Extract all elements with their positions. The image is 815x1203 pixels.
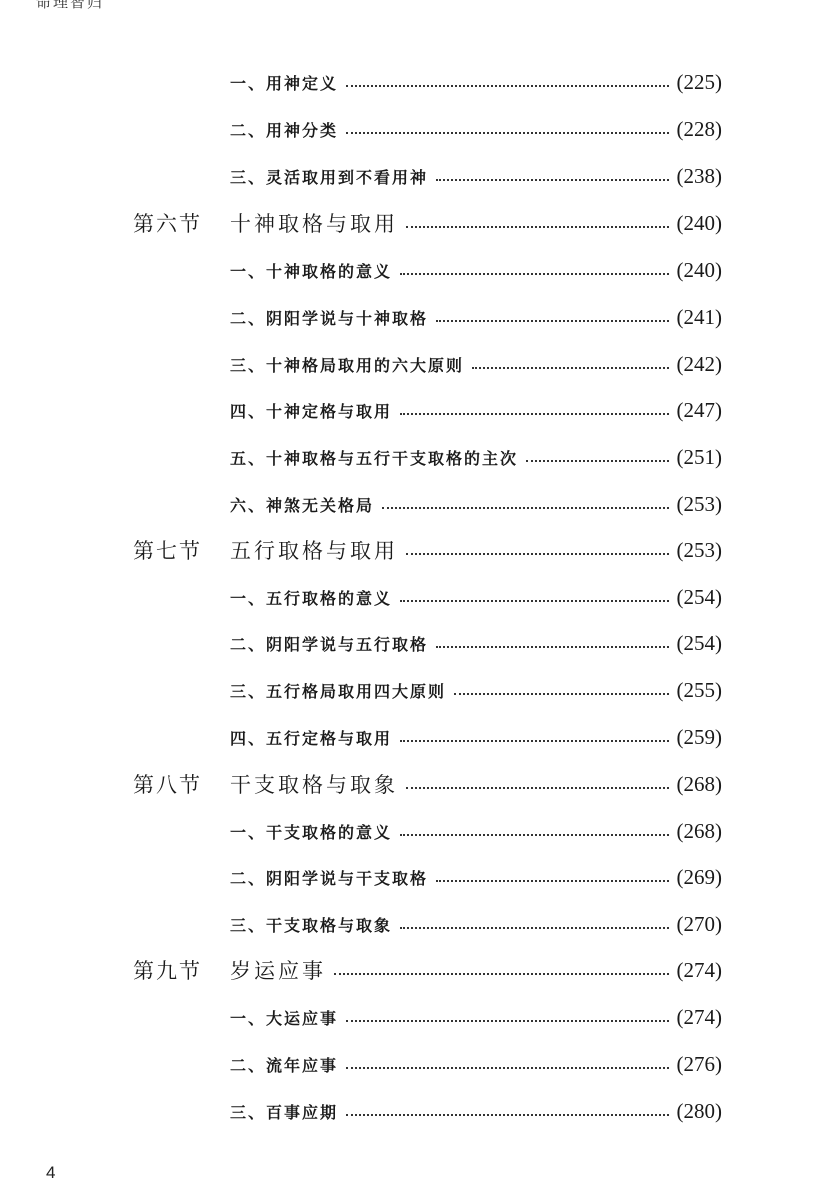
dot-leader [436,320,668,322]
entry-page-number: (280) [677,1099,723,1124]
entry-page-number: (254) [677,585,723,610]
entry-page-number: (228) [677,117,723,142]
entry-title: 干支取格与取象 [230,769,398,799]
toc-subentry: 四、十神定格与取用(247) [230,395,722,425]
entry-title: 一、大运应事 [230,1006,338,1029]
toc-subentry: 六、神煞无关格局(253) [230,489,722,519]
entry-page-number: (240) [677,211,723,236]
entry-page-number: (254) [677,631,723,656]
toc-subentry: 二、流年应事(276) [230,1049,722,1079]
dot-leader [382,507,668,509]
dot-leader [472,367,668,369]
toc-subentry: 一、干支取格的意义(268) [230,816,722,846]
section-number: 第六节 [133,208,230,238]
entry-title: 三、五行格局取用四大原则 [230,679,446,702]
entry-title: 二、用神分类 [230,118,338,141]
entry-page-number: (253) [677,492,723,517]
entry-title: 十神取格与取用 [230,208,398,238]
entry-title: 四、十神定格与取用 [230,399,392,422]
entry-title: 四、五行定格与取用 [230,726,392,749]
entry-title: 二、阴阳学说与干支取格 [230,866,428,889]
dot-leader [400,834,668,836]
dot-leader [400,740,668,742]
entry-title: 一、用神定义 [230,71,338,94]
entry-title: 三、百事应期 [230,1100,338,1123]
toc-subentry: 二、阴阳学说与十神取格(241) [230,302,722,332]
entry-title: 一、十神取格的意义 [230,259,392,282]
toc-subentry: 三、五行格局取用四大原则(255) [230,675,722,705]
entry-page-number: (270) [677,912,723,937]
entry-title: 岁运应事 [230,955,326,985]
dot-leader [436,646,668,648]
dot-leader [346,1114,668,1116]
entry-page-number: (238) [677,164,723,189]
dot-leader [406,787,669,789]
dot-leader [346,1067,668,1069]
dot-leader [406,553,669,555]
entry-page-number: (251) [677,445,723,470]
entry-page-number: (255) [677,678,723,703]
toc-subentry: 二、用神分类(228) [230,114,722,144]
entry-page-number: (268) [677,772,723,797]
toc-subentry: 五、十神取格与五行干支取格的主次(251) [230,442,722,472]
dot-leader [406,226,669,228]
dot-leader [454,693,668,695]
entry-title: 六、神煞无关格局 [230,493,374,516]
toc-subentry: 一、大运应事(274) [230,1002,722,1032]
section-number: 第七节 [133,535,230,565]
entry-title: 三、干支取格与取象 [230,913,392,936]
dot-leader [400,927,668,929]
entry-page-number: (259) [677,725,723,750]
entry-page-number: (247) [677,398,723,423]
toc-subentry: 四、五行定格与取用(259) [230,722,722,752]
entry-title: 二、流年应事 [230,1053,338,1076]
toc-subentry: 三、干支取格与取象(270) [230,909,722,939]
entry-page-number: (225) [677,70,723,95]
toc-subentry: 一、用神定义(225) [230,67,722,97]
toc-subentry: 一、十神取格的意义(240) [230,255,722,285]
dot-leader [400,273,668,275]
toc-subentry: 三、百事应期(280) [230,1096,722,1126]
toc-section-entry: 第八节干支取格与取象(268) [133,769,722,799]
page-number: 4 [46,1163,55,1183]
entry-page-number: (276) [677,1052,723,1077]
entry-page-number: (240) [677,258,723,283]
dot-leader [400,600,668,602]
toc-section-entry: 第六节十神取格与取用(240) [133,208,722,238]
running-header: 命理智归 [36,0,104,12]
dot-leader [346,132,668,134]
entry-page-number: (241) [677,305,723,330]
toc-subentry: 二、阴阳学说与干支取格(269) [230,862,722,892]
entry-title: 二、阴阳学说与十神取格 [230,306,428,329]
toc-section-entry: 第七节五行取格与取用(253) [133,535,722,565]
section-number: 第九节 [133,955,230,985]
entry-title: 一、干支取格的意义 [230,820,392,843]
dot-leader [334,973,669,975]
entry-page-number: (268) [677,819,723,844]
entry-page-number: (274) [677,1005,723,1030]
entry-title: 三、十神格局取用的六大原则 [230,353,464,376]
entry-page-number: (253) [677,538,723,563]
dot-leader [436,880,668,882]
toc-subentry: 一、五行取格的意义(254) [230,582,722,612]
toc-subentry: 三、十神格局取用的六大原则(242) [230,349,722,379]
dot-leader [436,179,668,181]
entry-title: 二、阴阳学说与五行取格 [230,632,428,655]
entry-title: 五行取格与取用 [230,535,398,565]
dot-leader [346,1020,668,1022]
section-number: 第八节 [133,769,230,799]
dot-leader [346,85,668,87]
toc-section-entry: 第九节岁运应事(274) [133,955,722,985]
entry-title: 三、灵活取用到不看用神 [230,165,428,188]
toc-subentry: 三、灵活取用到不看用神(238) [230,161,722,191]
entry-page-number: (274) [677,958,723,983]
entry-title: 五、十神取格与五行干支取格的主次 [230,446,518,469]
entry-page-number: (242) [677,352,723,377]
entry-title: 一、五行取格的意义 [230,586,392,609]
toc-subentry: 二、阴阳学说与五行取格(254) [230,628,722,658]
dot-leader [526,460,668,462]
entry-page-number: (269) [677,865,723,890]
dot-leader [400,413,668,415]
